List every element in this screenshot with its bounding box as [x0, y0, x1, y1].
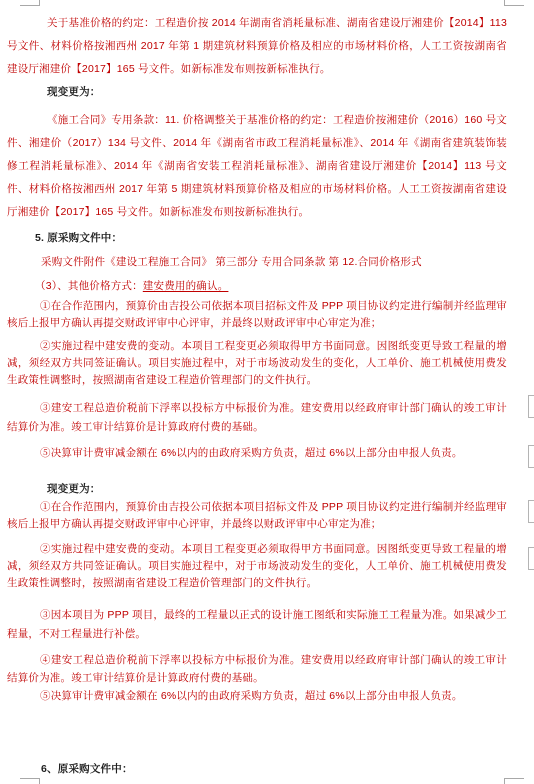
crop-mark-bottom-right-icon [504, 778, 524, 784]
comment-anchor-box [528, 500, 534, 523]
clause-changed-base-price: 《施工合同》专用条款：11. 价格调整关于基准价格的约定：工程造价按湘建价（20… [7, 109, 507, 224]
heading-now-changed-to-2: 现变更为： [47, 481, 507, 497]
document-page: 关于基准价格的约定：工程造价按 2014 年湖南省消耗量标准、湖南省建设厅湘建价… [0, 0, 534, 784]
original-list-item-5: ⑤决算审计费审减金额在 6%以内的由政府采购方负责，超过 6%以上部分由申报人负… [7, 445, 507, 462]
changed-list-item-1: ①在合作范围内，预算价由吉投公司依据本项目招标文件及 PPP 项目协议约定进行编… [7, 499, 507, 533]
crop-mark-top-right-icon [504, 0, 524, 6]
heading-section-5-original: 5. 原采购文件中： [35, 230, 507, 246]
heading-now-changed-to-1: 现变更为： [47, 84, 507, 100]
changed-list-item-5: ⑤决算审计费审减金额在 6%以内的由政府采购方负责，超过 6%以上部分由申报人负… [7, 688, 507, 705]
clause-other-price-method: （3）、其他价格方式：建安费用的确认。 [35, 278, 507, 294]
underlined-confirm-text: 建安费用的确认。 [143, 280, 229, 292]
comment-anchor-box [528, 547, 534, 570]
changed-list-item-2: ②实施过程中建安费的变动。本项目工程变更必须取得甲方书面同意。因图纸变更导致工程… [7, 541, 507, 592]
clause-attachment-reference: 采购文件附件《建设工程施工合同》 第三部分 专用合同条款 第 12.合同价格形式 [41, 254, 507, 270]
changed-list-item-3: ③因本项目为 PPP 项目，最终的工程量以正式的设计施工图纸和实际施工工程量为准… [7, 606, 507, 644]
comment-anchor-box [528, 395, 534, 418]
original-list-item-3: ③建安工程总造价税前下浮率以投标方中标报价为准。建安费用以经政府审计部门确认的竣… [7, 399, 507, 437]
changed-list-item-4: ④建安工程总造价税前下浮率以投标方中标报价为准。建安费用以经政府审计部门确认的竣… [7, 651, 507, 687]
original-list-item-1: ①在合作范围内，预算价由吉投公司依据本项目招标文件及 PPP 项目协议约定进行编… [7, 298, 507, 332]
original-list-item-2: ②实施过程中建安费的变动。本项目工程变更必须取得甲方书面同意。因图纸变更导致工程… [7, 338, 507, 389]
crop-mark-bottom-left-icon [20, 778, 40, 784]
comment-anchor-box [528, 445, 534, 468]
clause-original-base-price: 关于基准价格的约定：工程造价按 2014 年湖南省消耗量标准、湖南省建设厅湘建价… [7, 12, 507, 81]
other-price-method-label: （3）、其他价格方式： [35, 280, 143, 292]
heading-section-6-original: 6、原采购文件中： [41, 761, 507, 777]
text-column: 关于基准价格的约定：工程造价按 2014 年湖南省消耗量标准、湖南省建设厅湘建价… [7, 0, 507, 777]
